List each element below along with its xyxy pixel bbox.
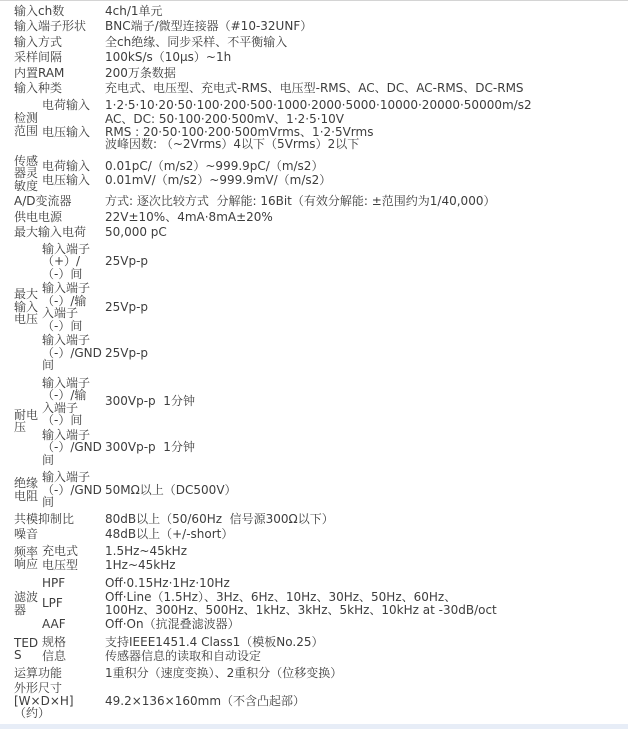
row-value: 方式: 逐次比较方式 分解能: 16Bit（有效分解能: ±范围约为1/40,0… [105, 195, 628, 208]
spec-subrow: 充电式 1.5Hz~45kHz [42, 544, 628, 559]
group-label: 传感器灵敏度 [14, 155, 42, 193]
spec-row-sampling-interval: 采样间隔 100kS/s（10μs）~1h [14, 50, 628, 66]
row-label: 输入ch数 [14, 5, 105, 18]
group-label: 滤波器 [14, 591, 42, 616]
sub-value: 25Vp-p [105, 347, 628, 360]
sub-label: 电压型 [42, 559, 105, 572]
spec-row-ad-converter: A/D变流器 方式: 逐次比较方式 分解能: 16Bit（有效分解能: ±范围约… [14, 194, 628, 210]
row-value: 1重积分（速度变换）、2重积分（位移变换） [105, 667, 628, 680]
sub-label: 信息 [42, 650, 105, 663]
sub-label: 充电式 [42, 545, 105, 558]
sub-value: Off·Line（1.5Hz）、3Hz、6Hz、10Hz、30Hz、50Hz、6… [105, 591, 628, 616]
row-value: 49.2×136×160mm（不含凸起部） [105, 695, 628, 708]
spec-row-terminal-shape: 输入端子形状 BNC端子/微型连接器（#10-32UNF） [14, 19, 628, 35]
spec-subrow: 输入端子 （-）/输 入端子 （-）间 25Vp-p [42, 281, 628, 333]
spec-row-input-method: 输入方式 全ch绝缘、同步采样、不平衡输入 [14, 34, 628, 50]
spec-subrow: 信息 传感器信息的读取和自动设定 [42, 649, 628, 664]
spec-row-input-types: 输入种类 充电式、电压型、充电式-RMS、电压型-RMS、AC、DC、AC-RM… [14, 81, 628, 97]
spec-group-teds: TEDS 规格 支持IEEE1451.4 Class1（模板No.25） 信息 … [14, 633, 628, 665]
group-label: 最大输入电压 [14, 288, 42, 326]
spec-subrow: 输入端子 （-）/输 入端子 （-）间 300Vp-p 1分钟 [42, 376, 628, 428]
sub-label: 电荷输入 [42, 160, 105, 173]
row-value: 充电式、电压型、充电式-RMS、电压型-RMS、AC、DC、AC-RMS、DC-… [105, 82, 628, 95]
spec-subrow: AAF Off·On（抗混叠滤波器） [42, 617, 628, 632]
sub-label: 电荷输入 [42, 99, 105, 112]
spec-subrow: 电荷输入 0.01pC/（m/s2）~999.9pC/（m/s2） [42, 159, 628, 174]
row-value: 200万条数据 [105, 67, 628, 80]
row-label: 输入端子形状 [14, 20, 105, 33]
group-label: 检测范围 [14, 112, 42, 137]
spec-row-cmrr: 共模抑制比 80dB以上（50/60Hz 信号源300Ω以下） [14, 511, 628, 527]
sub-label: AAF [42, 618, 105, 631]
spec-group-withstand-voltage: 耐电压 输入端子 （-）/输 入端子 （-）间 300Vp-p 1分钟 输入端子… [14, 374, 628, 469]
sub-label: 电压输入 [42, 126, 105, 139]
row-label: 噪音 [14, 528, 105, 541]
spec-row-max-input-charge: 最大输入电荷 50,000 pC [14, 225, 628, 241]
row-value: 全ch绝缘、同步采样、不平衡输入 [105, 36, 628, 49]
spec-subrow: HPF Off·0.15Hz·1Hz·10Hz [42, 576, 628, 591]
sub-label: HPF [42, 577, 105, 590]
sub-label: 输入端子 （+）/ （-）间 [42, 243, 105, 281]
spec-row-input-ch-count: 输入ch数 4ch/1单元 [14, 3, 628, 19]
spec-group-frequency-response: 频率响应 充电式 1.5Hz~45kHz 电压型 1Hz~45kHz [14, 542, 628, 574]
sub-value: 传感器信息的读取和自动设定 [105, 650, 628, 663]
sub-value: 1Hz~45kHz [105, 559, 628, 572]
sub-label: 输入端子 （-）/GND 间 [42, 429, 105, 467]
row-value: 22V±10%、4mA·8mA±20% [105, 211, 628, 224]
sub-label: 规格 [42, 636, 105, 649]
spec-subrow: 电压输入 0.01mV/（m/s2）~999.9mV/（m/s2） [42, 173, 628, 188]
sub-value: 支持IEEE1451.4 Class1（模板No.25） [105, 636, 628, 649]
row-label: 内置RAM [14, 67, 105, 80]
spec-group-filter: 滤波器 HPF Off·0.15Hz·1Hz·10Hz LPF Off·Line… [14, 574, 628, 633]
spec-subrow: 电压输入 AC、DC: 50·100·200·500mV、1·2·5·10V R… [42, 112, 628, 152]
sub-value: 300Vp-p 1分钟 [105, 395, 628, 408]
spec-subrow: 电压型 1Hz~45kHz [42, 558, 628, 573]
row-label: 最大输入电荷 [14, 226, 105, 239]
sub-value: 0.01pC/（m/s2）~999.9pC/（m/s2） [105, 160, 628, 173]
row-value: BNC端子/微型连接器（#10-32UNF） [105, 20, 628, 33]
spec-group-max-input-voltage: 最大输入电压 输入端子 （+）/ （-）间 25Vp-p 输入端子 （-）/输 … [14, 240, 628, 374]
sub-label: 输入端子 （-）/GND 间 [42, 334, 105, 372]
spec-group-sensor-sensitivity: 传感器灵敏度 电荷输入 0.01pC/（m/s2）~999.9pC/（m/s2）… [14, 153, 628, 194]
spec-subrow: 输入端子 （+）/ （-）间 25Vp-p [42, 242, 628, 282]
spec-table: 输入ch数 4ch/1单元 输入端子形状 BNC端子/微型连接器（#10-32U… [0, 0, 628, 721]
row-label: 供电电源 [14, 211, 105, 224]
row-label: 采样间隔 [14, 51, 105, 64]
sub-label: 电压输入 [42, 174, 105, 187]
row-label: A/D变流器 [14, 195, 105, 208]
row-label: 输入方式 [14, 36, 105, 49]
spec-subrow: LPF Off·Line（1.5Hz）、3Hz、6Hz、10Hz、30Hz、50… [42, 590, 628, 617]
row-label: 共模抑制比 [14, 513, 105, 526]
spec-row-power-supply: 供电电源 22V±10%、4mA·8mA±20% [14, 209, 628, 225]
spec-row-dimensions: 外形尺寸 [W×D×H] （约） 49.2×136×160mm（不含凸起部） [14, 681, 628, 722]
sub-label: 输入端子 （-）/输 入端子 （-）间 [42, 377, 105, 427]
sub-value: 300Vp-p 1分钟 [105, 441, 628, 454]
row-value: 100kS/s（10μs）~1h [105, 51, 628, 64]
sub-label: 输入端子 （-）/GND 间 [42, 471, 105, 509]
sub-value: 50MΩ以上（DC500V） [105, 484, 628, 497]
sub-value: 1.5Hz~45kHz [105, 545, 628, 558]
group-label: 绝缘电阻 [14, 477, 42, 502]
sub-value: AC、DC: 50·100·200·500mV、1·2·5·10V RMS : … [105, 113, 628, 151]
spec-row-calculation-function: 运算功能 1重积分（速度变换）、2重积分（位移变换） [14, 665, 628, 681]
spec-subrow: 电荷输入 1·2·5·10·20·50·100·200·500·1000·200… [42, 98, 628, 113]
sub-label: 输入端子 （-）/输 入端子 （-）间 [42, 282, 105, 332]
spec-subrow: 规格 支持IEEE1451.4 Class1（模板No.25） [42, 635, 628, 650]
group-label: 耐电压 [14, 409, 42, 434]
spec-subrow: 输入端子 （-）/GND 间 300Vp-p 1分钟 [42, 428, 628, 468]
sub-value: 25Vp-p [105, 255, 628, 268]
bottom-divider [0, 724, 628, 729]
spec-group-insulation-resistance: 绝缘电阻 输入端子 （-）/GND 间 50MΩ以上（DC500V） [14, 469, 628, 512]
sub-value: 25Vp-p [105, 301, 628, 314]
row-value: 48dB以上（+/-short） [105, 528, 628, 541]
spec-row-noise: 噪音 48dB以上（+/-short） [14, 527, 628, 543]
sub-value: 0.01mV/（m/s2）~999.9mV/（m/s2） [105, 174, 628, 187]
group-label: 频率响应 [14, 546, 42, 571]
row-value: 50,000 pC [105, 226, 628, 239]
spec-row-builtin-ram: 内置RAM 200万条数据 [14, 65, 628, 81]
row-label: 外形尺寸 [W×D×H] （约） [14, 682, 105, 720]
sub-label: LPF [42, 597, 105, 610]
spec-group-detection-range: 检测范围 电荷输入 1·2·5·10·20·50·100·200·500·100… [14, 96, 628, 153]
spec-subrow: 输入端子 （-）/GND 间 25Vp-p [42, 333, 628, 373]
group-label: TEDS [14, 637, 42, 662]
spec-subrow: 输入端子 （-）/GND 间 50MΩ以上（DC500V） [42, 470, 628, 510]
sub-value: Off·0.15Hz·1Hz·10Hz [105, 577, 628, 590]
sub-value: 1·2·5·10·20·50·100·200·500·1000·2000·500… [105, 99, 628, 112]
row-value: 80dB以上（50/60Hz 信号源300Ω以下） [105, 513, 628, 526]
sub-value: Off·On（抗混叠滤波器） [105, 618, 628, 631]
row-value: 4ch/1单元 [105, 5, 628, 18]
row-label: 输入种类 [14, 82, 105, 95]
row-label: 运算功能 [14, 667, 105, 680]
